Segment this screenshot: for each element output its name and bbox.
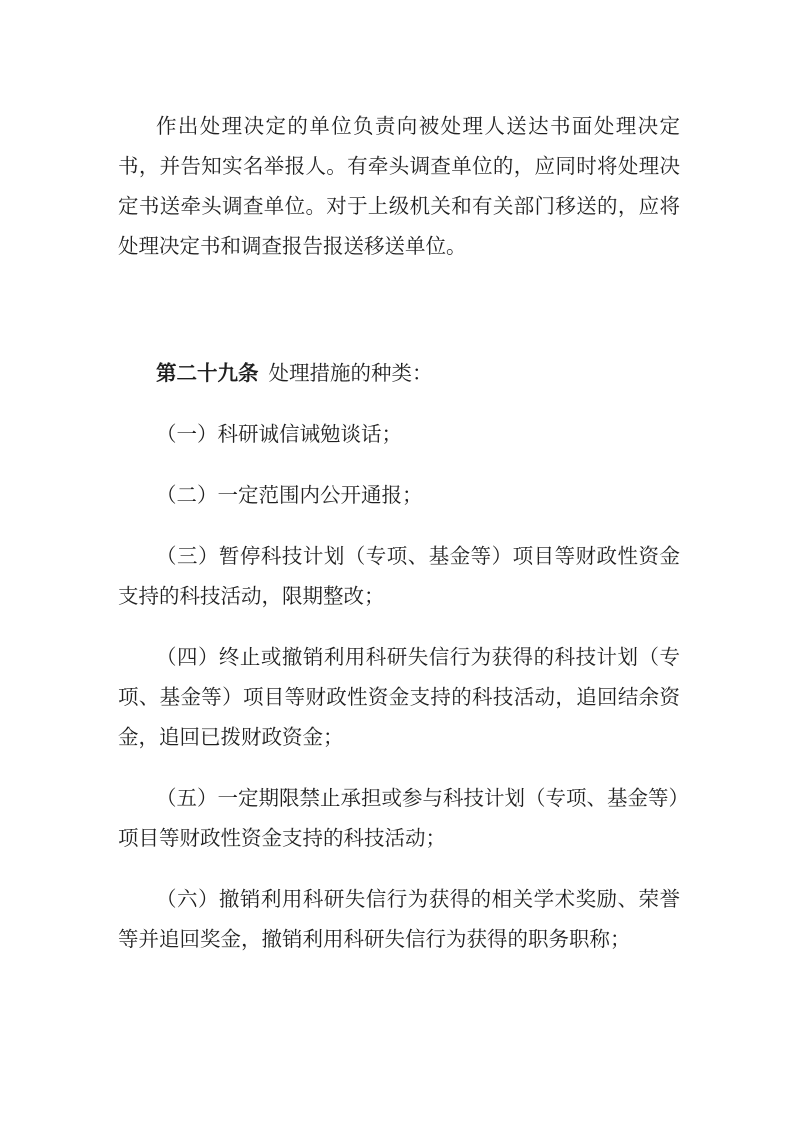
text-line: 作出处理决定的单位负责向被处理人送达书面处理决定: [118, 107, 680, 147]
text-line: （三）暂停科技计划（专项、基金等）项目等财政性资金: [118, 537, 680, 577]
text-line: （二）一定范围内公开通报；: [118, 476, 680, 516]
text-line: 处理决定书和调查报告报送移送单位。: [118, 227, 680, 267]
article-heading-line: 第二十九条处理措施的种类：: [118, 354, 680, 394]
article-title: 处理措施的种类：: [269, 363, 433, 385]
text-line: 支持的科技活动，限期整改；: [118, 577, 680, 617]
article-number: 第二十九条: [156, 363, 259, 385]
text-line: （五）一定期限禁止承担或参与科技计划（专项、基金等）: [118, 779, 680, 819]
clause-item-1: （一）科研诚信诫勉谈话；: [118, 415, 680, 455]
document-content: 作出处理决定的单位负责向被处理人送达书面处理决定 书，并告知实名举报人。有牵头调…: [118, 0, 680, 960]
clause-item-3: （三）暂停科技计划（专项、基金等）项目等财政性资金 支持的科技活动，限期整改；: [118, 537, 680, 617]
article-heading: 第二十九条处理措施的种类：: [118, 354, 680, 394]
text-line: （六）撤销利用科研失信行为获得的相关学术奖励、荣誉: [118, 880, 680, 920]
text-line: 等并追回奖金，撤销利用科研失信行为获得的职务职称；: [118, 920, 680, 960]
text-line: 项目等财政性资金支持的科技活动；: [118, 819, 680, 859]
clause-item-6: （六）撤销利用科研失信行为获得的相关学术奖励、荣誉 等并追回奖金，撤销利用科研失…: [118, 880, 680, 960]
text-line: （一）科研诚信诫勉谈话；: [118, 415, 680, 455]
text-line: 书，并告知实名举报人。有牵头调查单位的，应同时将处理决: [118, 147, 680, 187]
clause-item-2: （二）一定范围内公开通报；: [118, 476, 680, 516]
paragraph-decision-delivery: 作出处理决定的单位负责向被处理人送达书面处理决定 书，并告知实名举报人。有牵头调…: [118, 107, 680, 267]
text-line: （四）终止或撤销利用科研失信行为获得的科技计划（专: [118, 638, 680, 678]
text-line: 金，追回已拨财政资金；: [118, 718, 680, 758]
clause-item-4: （四）终止或撤销利用科研失信行为获得的科技计划（专 项、基金等）项目等财政性资金…: [118, 638, 680, 758]
text-line: 定书送牵头调查单位。对于上级机关和有关部门移送的，应将: [118, 187, 680, 227]
text-line: 项、基金等）项目等财政性资金支持的科技活动，追回结余资: [118, 678, 680, 718]
clause-item-5: （五）一定期限禁止承担或参与科技计划（专项、基金等） 项目等财政性资金支持的科技…: [118, 779, 680, 859]
document-page: 作出处理决定的单位负责向被处理人送达书面处理决定 书，并告知实名举报人。有牵头调…: [0, 0, 793, 1122]
